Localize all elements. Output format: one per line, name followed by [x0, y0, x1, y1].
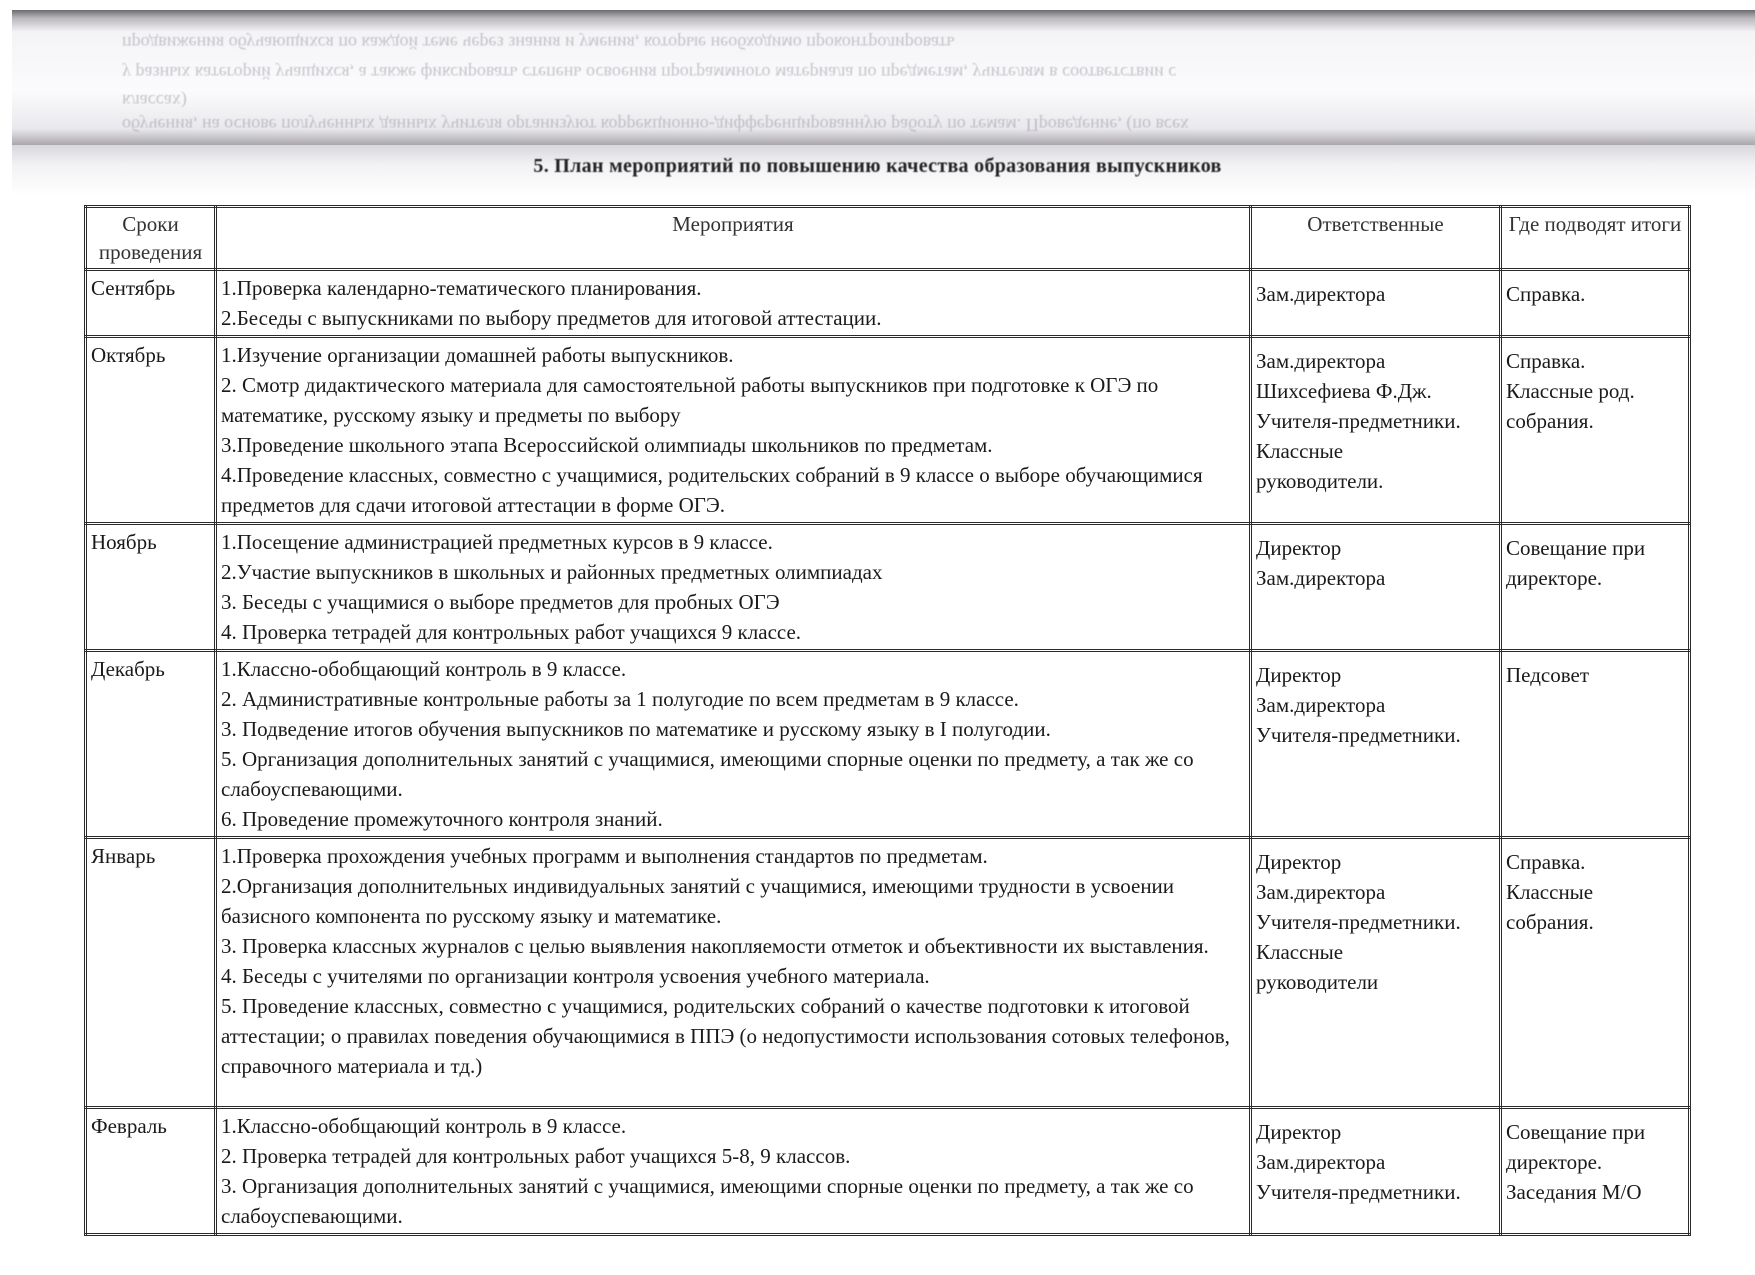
activity-item: 3. Подведение итогов обучения выпускнико… — [221, 714, 1245, 744]
result-item: собрания. — [1506, 406, 1684, 436]
activity-item: 3. Беседы с учащимися о выборе предметов… — [221, 587, 1245, 617]
results-cell: Педсовет — [1501, 651, 1690, 838]
responsible-cell: ДиректорЗам.директораУчителя-предметники… — [1251, 651, 1501, 838]
activity-item: 2.Организация дополнительных индивидуаль… — [221, 871, 1245, 931]
result-item: Справка. — [1506, 847, 1684, 877]
result-item: Педсовет — [1506, 660, 1684, 690]
activity-item: 3.Проведение школьного этапа Всероссийск… — [221, 430, 1245, 460]
activity-item: 1.Проверка календарно-тематического план… — [221, 273, 1245, 303]
header-results: Где подводят итоги — [1501, 207, 1690, 270]
activities-cell: 1.Посещение администрацией предметных ку… — [216, 524, 1251, 651]
result-item: Совещание при — [1506, 533, 1684, 563]
header-activities: Мероприятия — [216, 207, 1251, 270]
activity-item: 2. Проверка тетрадей для контрольных раб… — [221, 1141, 1245, 1171]
activity-item: 3. Проверка классных журналов с целью вы… — [221, 931, 1245, 961]
header-dates: Сроки проведения — [86, 207, 216, 270]
scanner-fold-band: продвижения обучающихся по каждой теме ч… — [12, 10, 1755, 145]
activity-item: 6. Проведение промежуточного контроля зн… — [221, 804, 1245, 834]
results-cell: Справка.Классные род.собрания. — [1501, 337, 1690, 524]
result-item: Справка. — [1506, 346, 1684, 376]
results-cell: Совещание придиректоре.Заседания М/О — [1501, 1108, 1690, 1235]
responsible-item: Зам.директора — [1256, 877, 1495, 907]
results-cell: Совещание придиректоре. — [1501, 524, 1690, 651]
table-row: Февраль1.Классно-обобщающий контроль в 9… — [86, 1108, 1690, 1235]
responsible-item: руководители. — [1256, 466, 1495, 496]
month-cell: Сентябрь — [86, 270, 216, 337]
result-item: собрания. — [1506, 907, 1684, 937]
month-cell: Октябрь — [86, 337, 216, 524]
responsible-item: Директор — [1256, 847, 1495, 877]
responsible-cell: ДиректорЗам.директора — [1251, 524, 1501, 651]
activity-item: 1.Изучение организации домашней работы в… — [221, 340, 1245, 370]
result-item: Справка. — [1506, 279, 1684, 309]
plan-table: Сроки проведения Мероприятия Ответственн… — [84, 205, 1691, 1236]
month-cell: Декабрь — [86, 651, 216, 838]
responsible-item: Директор — [1256, 660, 1495, 690]
activity-item: 1.Классно-обобщающий контроль в 9 классе… — [221, 654, 1245, 684]
month-cell: Февраль — [86, 1108, 216, 1235]
responsible-item: Зам.директора — [1256, 1147, 1495, 1177]
result-item: Классные — [1506, 877, 1684, 907]
result-item: Заседания М/О — [1506, 1177, 1684, 1207]
responsible-item: Зам.директора — [1256, 690, 1495, 720]
table-row: Сентябрь1.Проверка календарно-тематическ… — [86, 270, 1690, 337]
responsible-item: Классные — [1256, 937, 1495, 967]
activity-item: 1.Посещение администрацией предметных ку… — [221, 527, 1245, 557]
responsible-item: Учителя-предметники. — [1256, 720, 1495, 750]
activity-item: 5. Организация дополнительных занятий с … — [221, 744, 1245, 804]
results-cell: Справка. — [1501, 270, 1690, 337]
responsible-cell: ДиректорЗам.директораУчителя-предметники… — [1251, 1108, 1501, 1235]
activity-item: 4. Беседы с учителями по организации кон… — [221, 961, 1245, 991]
responsible-item: Зам.директора — [1256, 346, 1495, 376]
activities-cell: 1.Проверка прохождения учебных программ … — [216, 838, 1251, 1108]
activity-item: 2.Участие выпускников в школьных и район… — [221, 557, 1245, 587]
result-item: Совещание при — [1506, 1117, 1684, 1147]
table-row: Октябрь1.Изучение организации домашней р… — [86, 337, 1690, 524]
header-responsible: Ответственные — [1251, 207, 1501, 270]
activity-item: 3. Организация дополнительных занятий с … — [221, 1171, 1245, 1231]
activities-cell: 1.Проверка календарно-тематического план… — [216, 270, 1251, 337]
responsible-cell: ДиректорЗам.директораУчителя-предметники… — [1251, 838, 1501, 1108]
bleed-through-text: у разных категорий учащихся, а также фик… — [122, 62, 1176, 83]
activity-item: 4. Проверка тетрадей для контрольных раб… — [221, 617, 1245, 647]
document-title: 5. План мероприятий по повышению качеств… — [0, 155, 1755, 178]
plan-table-body: Сентябрь1.Проверка календарно-тематическ… — [86, 270, 1690, 1235]
activities-cell: 1.Классно-обобщающий контроль в 9 классе… — [216, 1108, 1251, 1235]
activity-item: 1.Проверка прохождения учебных программ … — [221, 841, 1245, 871]
responsible-cell: Зам.директораШихсефиева Ф.Дж.Учителя-пре… — [1251, 337, 1501, 524]
bleed-through-text: продвижения обучающихся по каждой теме ч… — [122, 32, 955, 53]
table-row: Январь 1.Проверка прохождения учебных пр… — [86, 838, 1690, 1108]
bleed-through-text: классах) — [122, 90, 187, 111]
responsible-item: Директор — [1256, 1117, 1495, 1147]
activity-item: 2.Беседы с выпускниками по выбору предме… — [221, 303, 1245, 333]
table-row: Ноябрь1.Посещение администрацией предмет… — [86, 524, 1690, 651]
responsible-item: Классные — [1256, 436, 1495, 466]
activities-cell: 1.Изучение организации домашней работы в… — [216, 337, 1251, 524]
activity-item: 1.Классно-обобщающий контроль в 9 классе… — [221, 1111, 1245, 1141]
responsible-item: Зам.директора — [1256, 279, 1495, 309]
responsible-item: Директор — [1256, 533, 1495, 563]
results-cell: Справка.Классныесобрания. — [1501, 838, 1690, 1108]
responsible-cell: Зам.директора — [1251, 270, 1501, 337]
responsible-item: Шихсефиева Ф.Дж. — [1256, 376, 1495, 406]
responsible-item: Зам.директора — [1256, 563, 1495, 593]
responsible-item: Учителя-предметники. — [1256, 1177, 1495, 1207]
responsible-item: Учителя-предметники. — [1256, 406, 1495, 436]
month-cell: Ноябрь — [86, 524, 216, 651]
result-item: Классные род. — [1506, 376, 1684, 406]
responsible-item: Учителя-предметники. — [1256, 907, 1495, 937]
result-item: директоре. — [1506, 1147, 1684, 1177]
table-header-row: Сроки проведения Мероприятия Ответственн… — [86, 207, 1690, 270]
activity-item: 5. Проведение классных, совместно с учащ… — [221, 991, 1245, 1081]
bleed-through-text: обучения, на основе полученных данных уч… — [122, 114, 1189, 135]
table-row: Декабрь1.Классно-обобщающий контроль в 9… — [86, 651, 1690, 838]
activity-item: 4.Проведение классных, совместно с учащи… — [221, 460, 1245, 520]
activity-item: 2. Административные контрольные работы з… — [221, 684, 1245, 714]
result-item: директоре. — [1506, 563, 1684, 593]
activities-cell: 1.Классно-обобщающий контроль в 9 классе… — [216, 651, 1251, 838]
responsible-item: руководители — [1256, 967, 1495, 997]
activity-item: 2. Смотр дидактического материала для са… — [221, 370, 1245, 430]
month-cell: Январь — [86, 838, 216, 1108]
